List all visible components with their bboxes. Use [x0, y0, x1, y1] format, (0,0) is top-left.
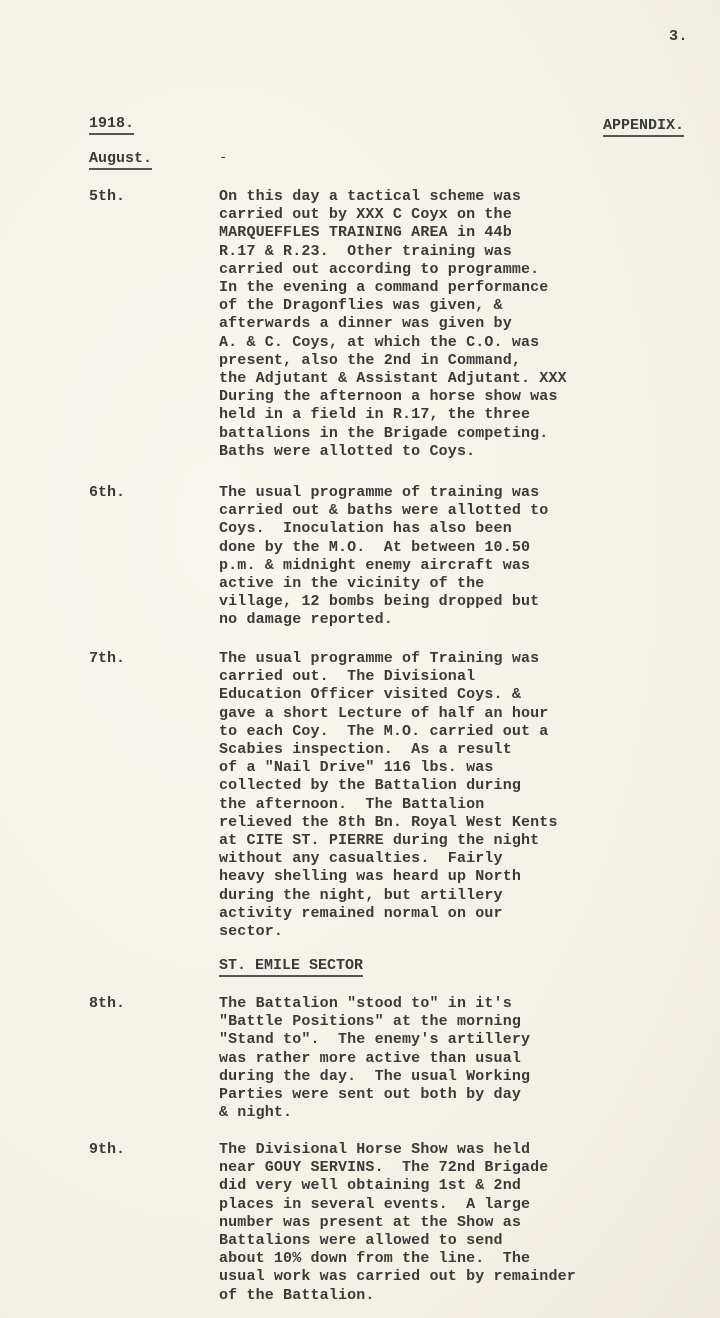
- page-number: 3.: [669, 28, 688, 45]
- entry-text-5th: On this day a tactical scheme was carrie…: [219, 188, 659, 461]
- document-page: 3. 1918. APPENDIX. August. - 5th. On thi…: [0, 0, 720, 1318]
- entry-date-9th: 9th.: [89, 1141, 125, 1158]
- entry-text-8th: The Battalion "stood to" in it's "Battle…: [219, 995, 659, 1122]
- month-heading: August.: [89, 150, 152, 170]
- section-heading: ST. EMILE SECTOR: [219, 957, 363, 977]
- appendix-label: APPENDIX.: [603, 117, 684, 137]
- entry-text-9th: The Divisional Horse Show was held near …: [219, 1141, 659, 1305]
- entry-date-7th: 7th.: [89, 650, 125, 667]
- year-heading: 1918.: [89, 115, 134, 135]
- entry-date-5th: 5th.: [89, 188, 125, 205]
- dash-mark: -: [219, 150, 227, 166]
- entry-date-8th: 8th.: [89, 995, 125, 1012]
- entry-text-7th: The usual programme of Training was carr…: [219, 650, 659, 941]
- entry-date-6th: 6th.: [89, 484, 125, 501]
- entry-text-6th: The usual programme of training was carr…: [219, 484, 659, 630]
